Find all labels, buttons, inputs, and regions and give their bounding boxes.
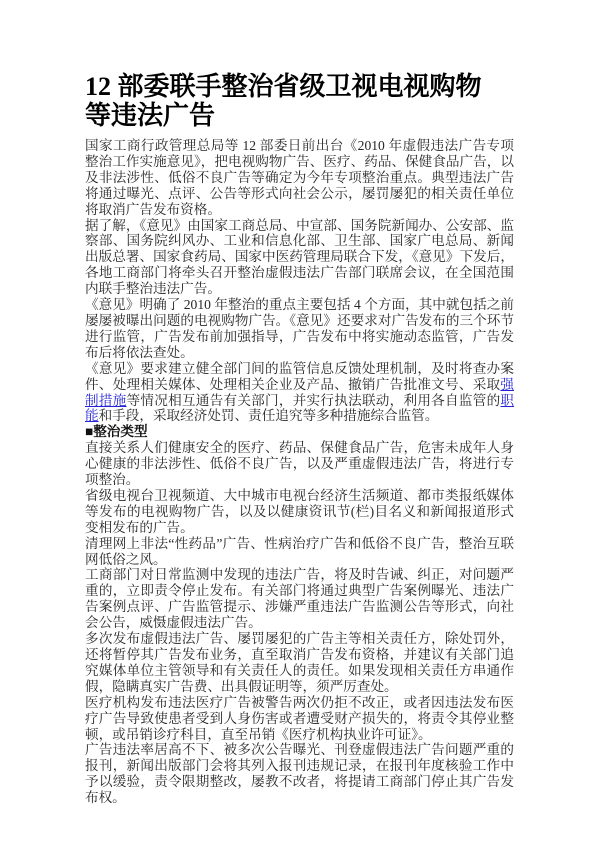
paragraph-medical-institutions: 医疗机构发布违法医疗广告被警告两次仍拒不改正，或者因违法发布医疗广告导致使患者受…: [85, 695, 514, 743]
paragraph-4-text-1: 《意见》要求建立健全部门间的监管信息反馈处理机制，及时将查办案件、处理相关媒体、…: [85, 361, 514, 392]
section-heading-rectification-types: ■整治类型: [85, 424, 514, 440]
document-page: 12 部委联手整治省级卫视电视购物等违法广告 国家工商行政管理总局等 12 部委…: [0, 0, 595, 842]
paragraph-tv-shopping-ads: 省级电视台卫视频道、大中城市电视台经济生活频道、都市类报纸媒体等发布的电视购物广…: [85, 488, 514, 536]
document-content: 12 部委联手整治省级卫视电视购物等违法广告 国家工商行政管理总局等 12 部委…: [85, 72, 514, 806]
paragraph-supervision-mechanism: 《意见》要求建立健全部门间的监管信息反馈处理机制，及时将查办案件、处理相关媒体、…: [85, 361, 514, 425]
paragraph-press-publications: 广告违法率居高不下、被多次公告曝光、刊登虚假违法广告问题严重的报刊，新闻出版部门…: [85, 742, 514, 806]
paragraph-key-points: 《意见》明确了 2010 年整治的重点主要包括 4 个方面，其中就包括之前屡屡被…: [85, 297, 514, 361]
paragraph-daily-monitoring: 工商部门对日常监测中发现的违法广告，将及时告诫、纠正，对问题严重的，立即责令停止…: [85, 567, 514, 631]
paragraph-ministries: 据了解，《意见》由国家工商总局、中宣部、国务院新闻办、公安部、监察部、国务院纠风…: [85, 218, 514, 298]
article-body: 国家工商行政管理总局等 12 部委日前出台《2010 年虚假违法广告专项整治工作…: [85, 138, 514, 806]
paragraph-4-text-3: 和手段，采取经济处罚、责任追究等多种措施综合监管。: [99, 408, 439, 423]
paragraph-4-text-2: 等情况相互通告有关部门，并实行执法联动，利用各自监管的: [127, 393, 501, 408]
paragraph-targets: 直接关系人们健康安全的医疗、药品、保健食品广告，危害未成年人身心健康的非法涉性、…: [85, 440, 514, 488]
paragraph-intro: 国家工商行政管理总局等 12 部委日前出台《2010 年虚假违法广告专项整治工作…: [85, 138, 514, 218]
paragraph-repeat-offenders: 多次发布虚假违法广告、屡罚屡犯的广告主等相关责任方，除处罚外，还将暂停其广告发布…: [85, 631, 514, 695]
article-title: 12 部委联手整治省级卫视电视购物等违法广告: [85, 72, 497, 130]
paragraph-internet-cleanup: 清理网上非法“性药品”广告、性病治疗广告和低俗不良广告，整治互联网低俗之风。: [85, 536, 514, 568]
